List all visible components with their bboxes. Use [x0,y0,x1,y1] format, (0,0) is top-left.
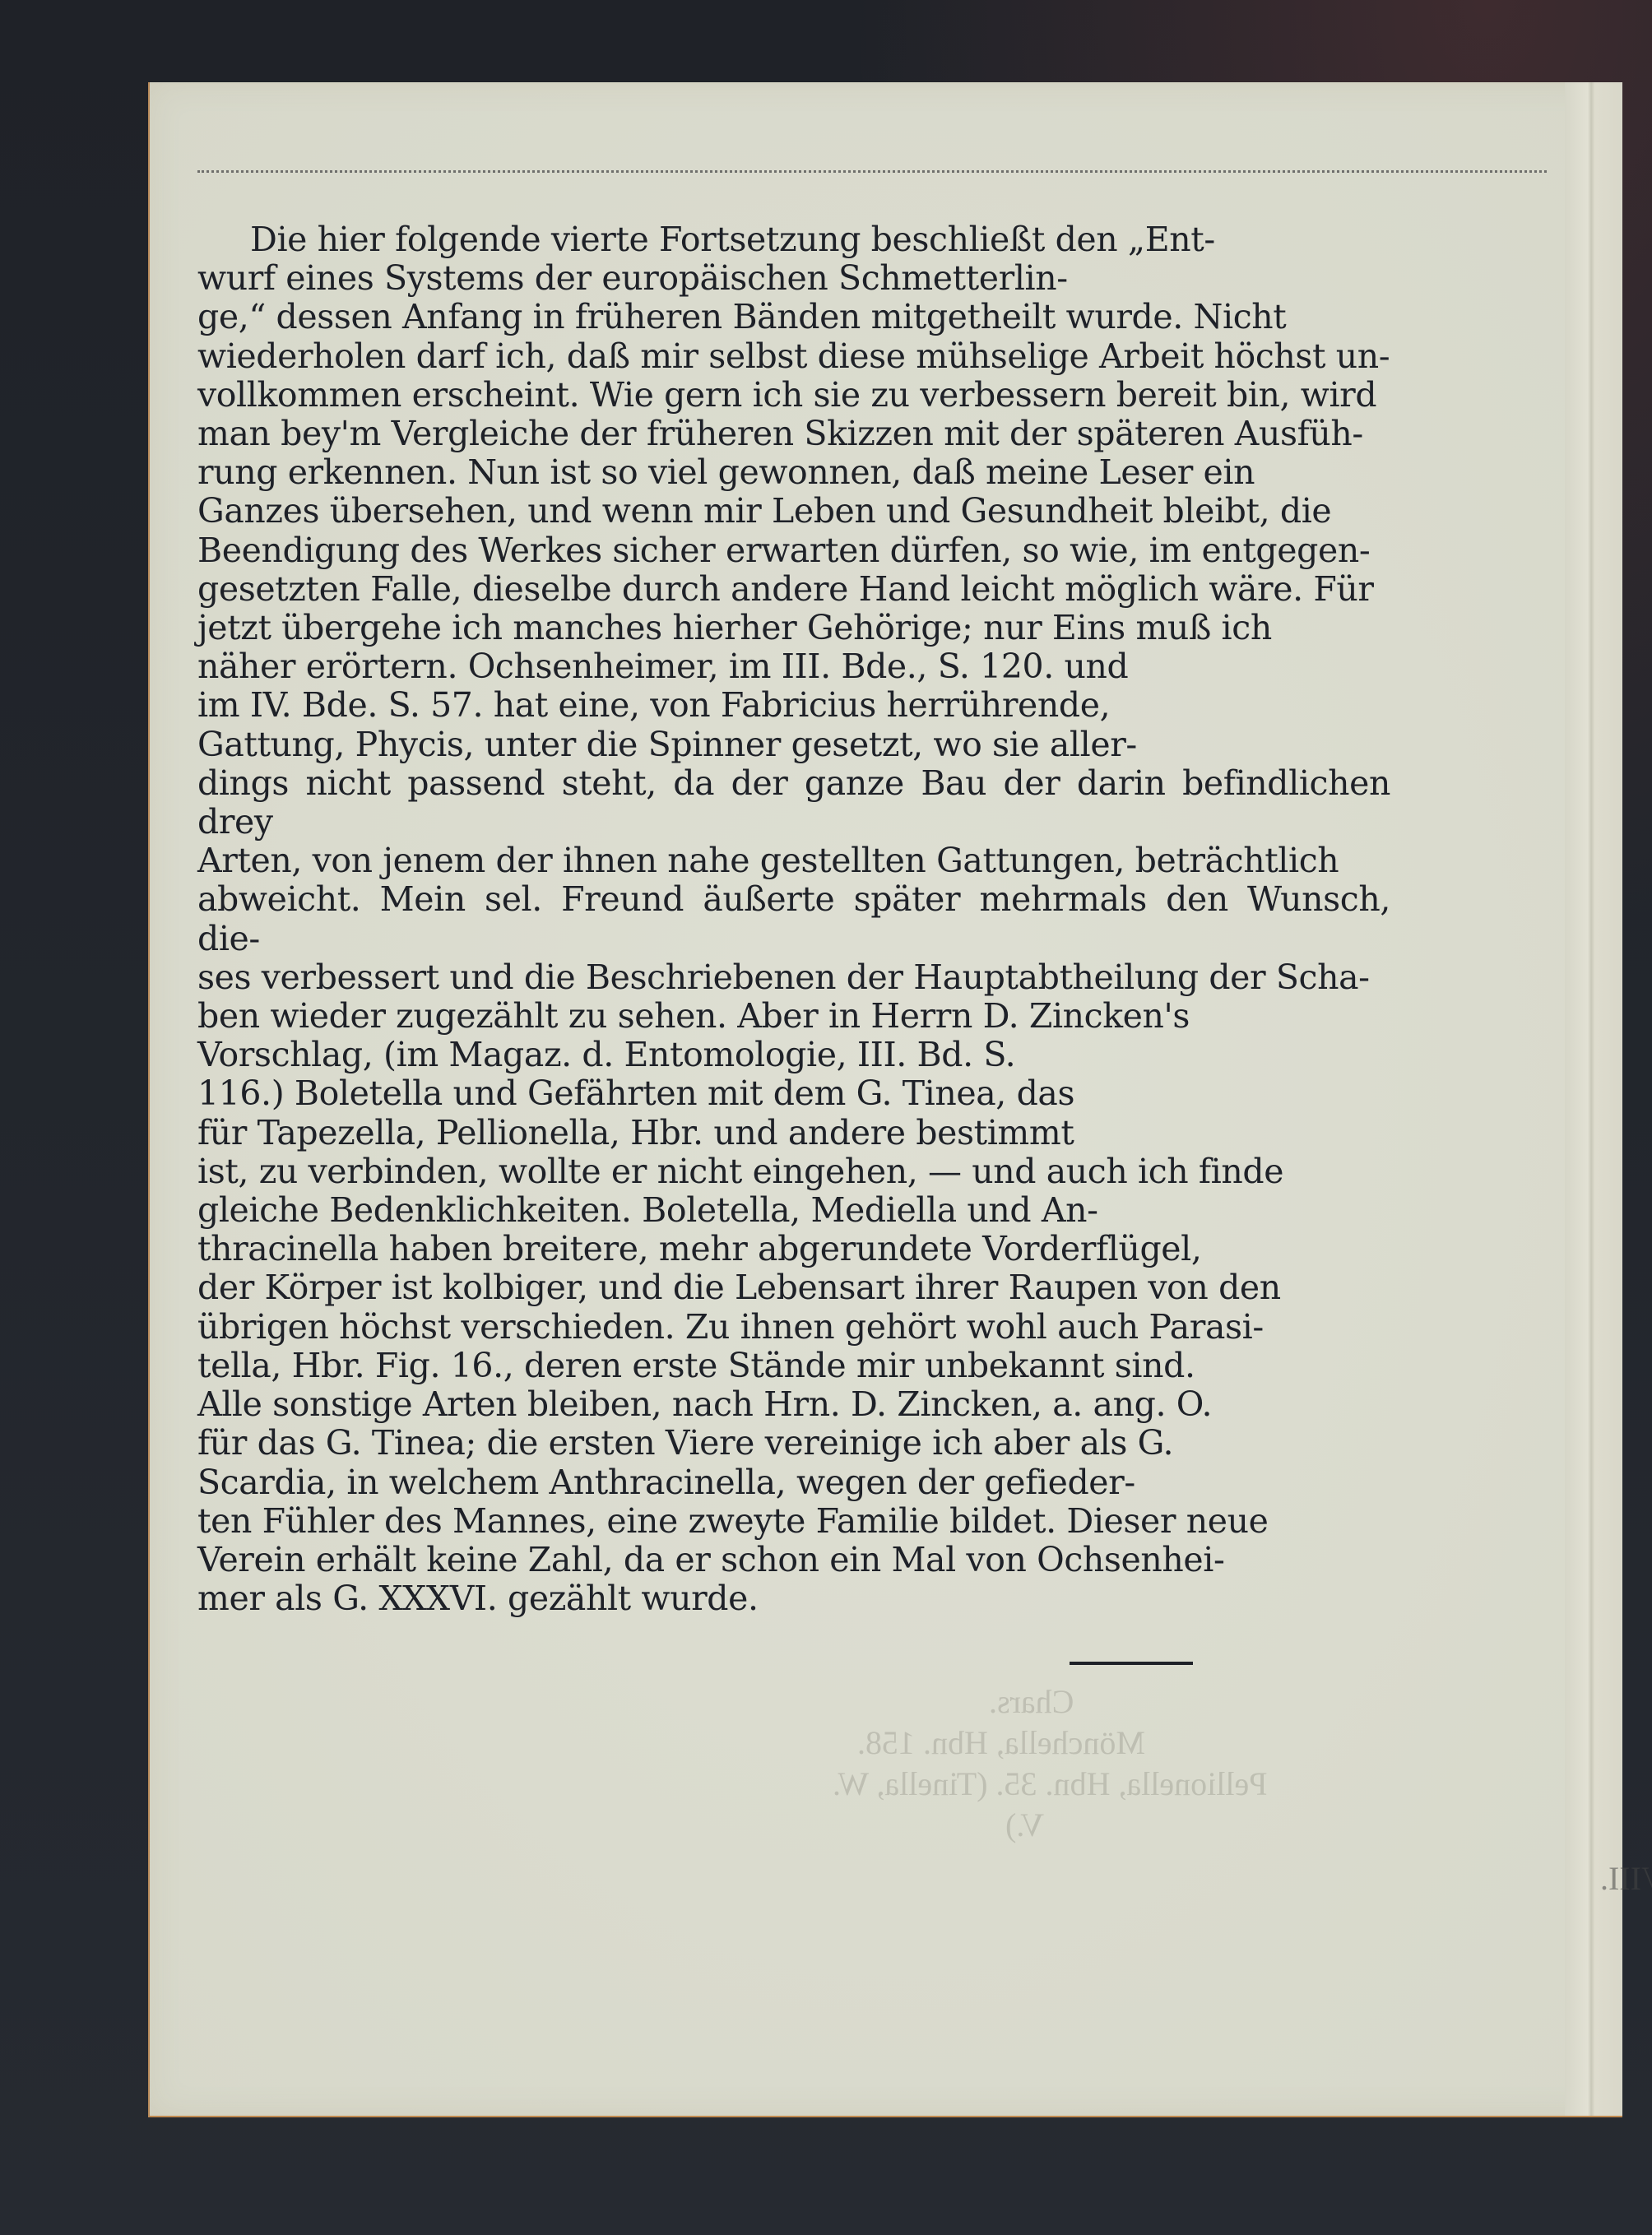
text-line: übrigen höchst verschieden. Zu ihnen geh… [197,1308,1390,1347]
text-line: Scardia, in welchem Anthracinella, wegen… [197,1463,1390,1502]
text-line: wurf eines Systems der europäischen Schm… [197,259,1390,298]
text-line: ten Fühler des Mannes, eine zweyte Famil… [197,1502,1390,1541]
text-line: dings nicht passend steht, da der ganze … [197,764,1390,842]
text-line: Gattung, Phycis, unter die Spinner geset… [197,726,1390,764]
body-text: Die hier folgende vierte Fortsetzung bes… [197,220,1390,1618]
text-line: gleiche Bedenklichkeiten. Boletella, Med… [197,1191,1390,1230]
text-line: im IV. Bde. S. 57. hat eine, von Fabrici… [197,686,1390,725]
text-line: Die hier folgende vierte Fortsetzung bes… [197,220,1390,259]
text-line: Vorschlag, (im Magaz. d. Entomologie, II… [197,1036,1390,1074]
text-line: jetzt übergehe ich manches hierher Gehör… [197,609,1390,647]
show-through-text: Pellionella, Hbn. 35. (Tinella, W. [833,1764,1268,1803]
show-through-text: Mönchella, Hbn. 158. [857,1723,1145,1762]
text-line: wiederholen darf ich, daß mir selbst die… [197,337,1390,376]
text-line: näher erörtern. Ochsenheimer, im III. Bd… [197,647,1390,686]
text-line: Alle sonstige Arten bleiben, nach Hrn. D… [197,1385,1390,1424]
text-line: für Tapezella, Pellionella, Hbr. und and… [197,1114,1390,1152]
text-line: Beendigung des Werkes sicher erwarten dü… [197,531,1390,570]
text-line: ge,“ dessen Anfang in früheren Bänden mi… [197,298,1390,336]
text-line: Verein erhält keine Zahl, da er schon ei… [197,1541,1390,1579]
text-line: 116.) Boletella und Gefährten mit dem G.… [197,1074,1390,1113]
text-line: man bey'm Vergleiche der früheren Skizze… [197,415,1390,453]
header-rule [197,170,1547,173]
text-line: Ganzes übersehen, und wenn mir Leben und… [197,492,1390,531]
text-line: rung erkennen. Nun ist so viel gewonnen,… [197,453,1390,492]
text-line: ben wieder zugezählt zu sehen. Aber in H… [197,997,1390,1036]
text-line: ist, zu verbinden, wollte er nicht einge… [197,1152,1390,1191]
text-line: tella, Hbr. Fig. 16., deren erste Stände… [197,1347,1390,1385]
text-line: Arten, von jenem der ihnen nahe gestellt… [197,842,1390,880]
text-line: gesetzten Falle, dieselbe durch andere H… [197,570,1390,609]
text-line: thracinella haben breitere, mehr abgerun… [197,1230,1390,1268]
signature-mark: VIII. [1600,1859,1652,1898]
section-end-rule [1070,1662,1193,1665]
text-line: für das G. Tinea; die ersten Viere verei… [197,1424,1390,1463]
show-through-text: V.) [1005,1806,1044,1844]
text-line: vollkommen erscheint. Wie gern ich sie z… [197,376,1390,415]
book-gutter [1565,82,1622,2116]
text-line: mer als G. XXXVI. gezählt wurde. [197,1579,1390,1618]
show-through-text: Chars. [989,1682,1074,1721]
text-line: der Körper ist kolbiger, und die Lebensa… [197,1268,1390,1307]
text-line: ses verbessert und die Beschriebenen der… [197,958,1390,997]
text-line: abweicht. Mein sel. Freund äußerte späte… [197,880,1390,958]
